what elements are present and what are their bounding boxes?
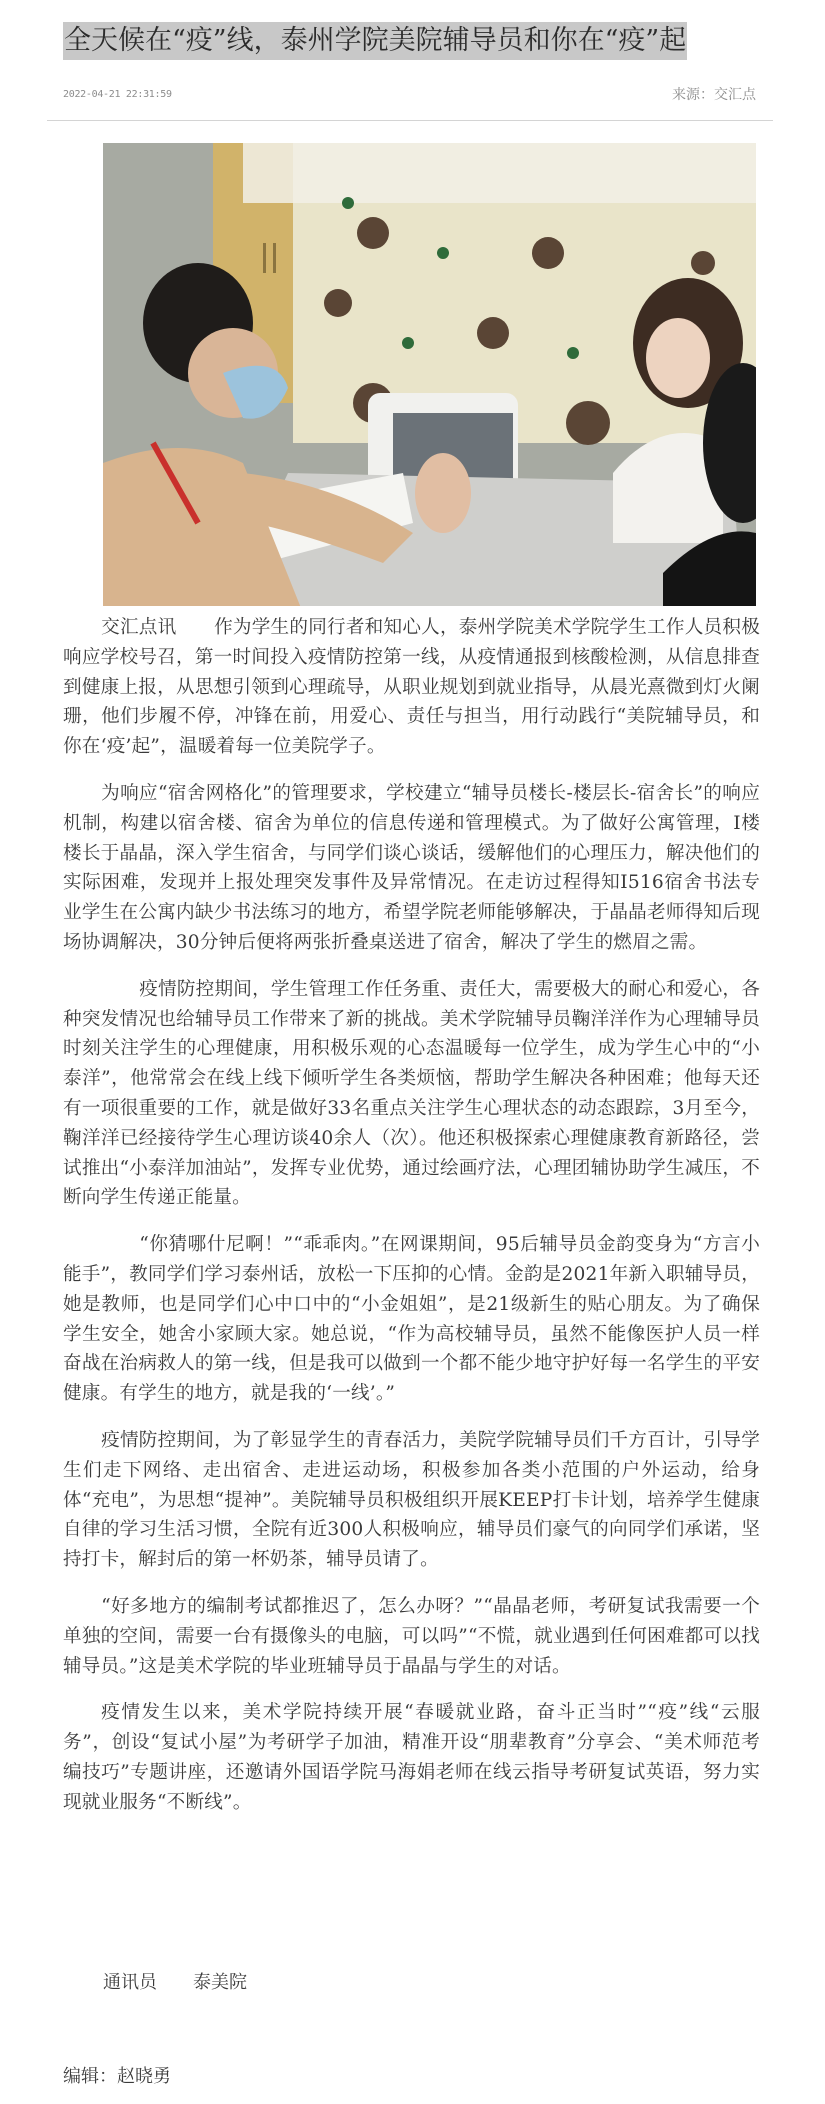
editor-credit: 编辑：赵晓勇 (63, 2062, 171, 2088)
title-wrap: 全天候在“疫”线，泰州学院美院辅导员和你在“疫”起 (63, 22, 687, 60)
page-title: 全天候在“疫”线，泰州学院美院辅导员和你在“疫”起 (63, 22, 687, 60)
article-paragraph: “你猜哪什尼啊！”“乖乖肉。”在网课期间，95后辅导员金韵变身为“方言小能手”，… (63, 1230, 760, 1409)
article-paragraph: 疫情发生以来，美术学院持续开展“春暖就业路，奋斗正当时”“疫”线“云服务”，创设… (63, 1698, 760, 1817)
article-paragraph: 交汇点讯 作为学生的同行者和知心人，泰州学院美术学院学生工作人员积极响应学校号召… (63, 613, 760, 762)
article-paragraph: 疫情防控期间，为了彰显学生的青春活力，美院学院辅导员们千方百计，引导学生们走下网… (63, 1426, 760, 1575)
article-paragraph: 为响应“宿舍网格化”的管理要求，学校建立“辅导员楼长-楼层长-宿舍长”的响应机制… (63, 779, 760, 958)
publish-date: 2022-04-21 22:31:59 (63, 89, 172, 100)
article-body: 交汇点讯 作为学生的同行者和知心人，泰州学院美术学院学生工作人员积极响应学校号召… (63, 613, 760, 1834)
article-paragraph: “好多地方的编制考试都推迟了，怎么办呀？”“晶晶老师，考研复试我需要一个单独的空… (63, 1592, 760, 1681)
photo-illustration (103, 143, 756, 606)
header-divider (47, 120, 773, 121)
article-source: 来源：交汇点 (672, 84, 756, 104)
correspondent-byline: 通讯员 泰美院 (103, 1968, 247, 1994)
article-photo (103, 143, 756, 606)
article-paragraph: 疫情防控期间，学生管理工作任务重、责任大，需要极大的耐心和爱心，各种突发情况也给… (63, 975, 760, 1213)
